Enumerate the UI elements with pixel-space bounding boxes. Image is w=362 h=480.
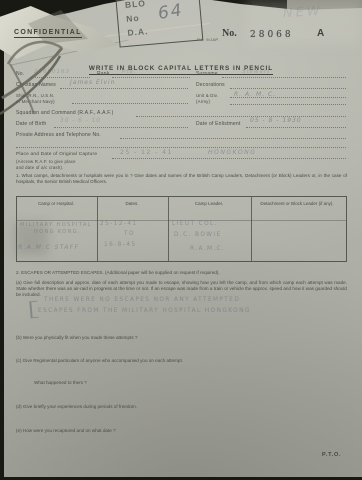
table-header-leader: Camp Leader. bbox=[169, 201, 249, 207]
table-header-camp: Camp or Hospital. bbox=[18, 201, 94, 207]
question-2: 2. ESCAPES OR ATTEMPTED ESCAPES. (Additi… bbox=[16, 270, 347, 276]
scanned-document: BLO No D.A. 64 CONFIDENTIAL P.L. 9/JAP. … bbox=[0, 0, 362, 480]
answer-2a-line1: There were no escapes nor any attempted bbox=[44, 297, 240, 303]
field-unit-div-label-2: (Army) bbox=[196, 99, 210, 105]
field-address-label: Private Address and Telephone No. bbox=[16, 132, 101, 138]
field-rank-value: Pte. bbox=[122, 69, 137, 75]
field-capture-place-value: Hongkong bbox=[208, 149, 256, 156]
binding-string bbox=[0, 18, 120, 128]
field-capture-label-3: and date of a/c crash). bbox=[16, 165, 63, 171]
question-2c-followup: What happened to them ? bbox=[34, 380, 334, 386]
pto-label: P.T.O. bbox=[322, 452, 341, 458]
stamp-box-line1: BLO bbox=[125, 0, 147, 10]
table-row-dates-line3: 16-8-45 bbox=[104, 242, 136, 248]
table-row-leader-line1: Lieut Col. bbox=[172, 221, 218, 227]
table-row-camp-line2: Hong Kong, bbox=[34, 229, 81, 235]
table-row-camp-line3: R.A.M.C Staff bbox=[18, 244, 80, 251]
question-2e: (e) How were you recaptured and on what … bbox=[16, 428, 347, 434]
field-enlistment-value: 05 - 8 - 1930 bbox=[250, 117, 302, 124]
question-2b: (b) Were you physically fit when you mad… bbox=[16, 335, 347, 341]
question-1: 1. What camps, detachments or hospitals … bbox=[16, 173, 347, 185]
question-2d: (d) Give briefly your experiences during… bbox=[16, 404, 347, 410]
stamp-box-line3: D.A. bbox=[127, 26, 149, 38]
table-row-leader-line3: R.A.M.C. bbox=[190, 246, 225, 252]
field-surname-label: Surname bbox=[196, 71, 218, 77]
field-enlistment-label: Date of Enlistment bbox=[196, 121, 240, 127]
field-surname-value: Stewart bbox=[242, 69, 270, 75]
table-row-camp-line1: Military Hospital bbox=[20, 222, 92, 228]
serial-no-sign: No. bbox=[222, 28, 237, 39]
table-header-detachment: Detachment or Block Leader (if any). bbox=[254, 201, 340, 207]
table-header-dates: Dates. bbox=[98, 201, 166, 207]
form-reference-number: P.L. 9/JAP. bbox=[197, 37, 219, 42]
field-unit-div-label-1: Unit & Div. bbox=[196, 93, 218, 99]
handwritten-block-number: 64 bbox=[157, 0, 185, 24]
question-2c: (c) Give Regimental particulars of anyon… bbox=[16, 358, 347, 364]
table-row-dates-line2: To bbox=[124, 231, 135, 237]
field-capture-date-value: 25 - 12 - 41 bbox=[120, 149, 173, 156]
question-2a: (a) Give full description and approx. da… bbox=[16, 280, 347, 298]
field-capture-label-1: Place and Date of Original Capture bbox=[16, 152, 97, 157]
serial-number-stamp: 28068 bbox=[250, 30, 294, 40]
stamp-box-line2: No bbox=[126, 13, 140, 24]
field-decorations-label: Decorations bbox=[196, 82, 225, 88]
table-row-dates-line1: 25-12-41 bbox=[100, 221, 138, 227]
pencil-bracket-mark bbox=[29, 301, 38, 319]
field-capture-label-2: (Aircrew R.A.F. to give place bbox=[16, 159, 76, 165]
answer-2a-line2: escapes from the Military Hospital Hongk… bbox=[38, 308, 251, 314]
serial-suffix: A bbox=[317, 28, 324, 39]
table-row-leader-line2: D.C. Bowie bbox=[174, 232, 222, 238]
faint-pencil-note: NEW bbox=[283, 4, 324, 22]
